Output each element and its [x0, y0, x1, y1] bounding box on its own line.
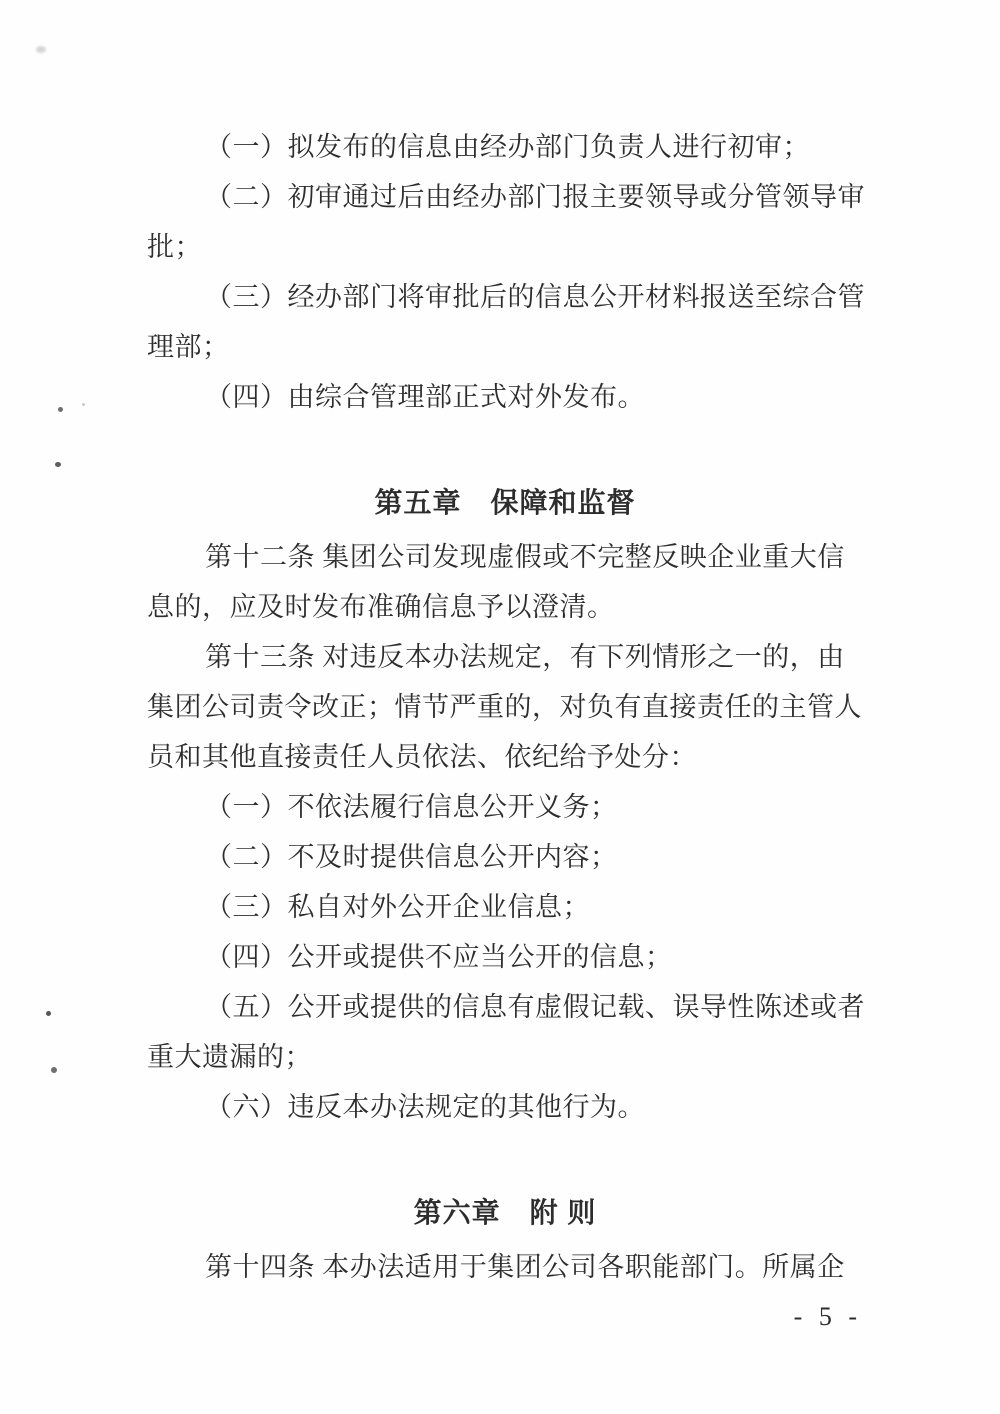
- document-line: 批；: [147, 222, 863, 272]
- scan-speck: [55, 462, 61, 467]
- scan-speck: [82, 403, 85, 406]
- document-line: 息的，应及时发布准确信息予以澄清。: [147, 582, 863, 632]
- scan-speck: [46, 1011, 51, 1016]
- document-line: 第十二条 集团公司发现虚假或不完整反映企业重大信: [147, 532, 863, 582]
- document-line: （一）拟发布的信息由经办部门负责人进行初审；: [147, 122, 863, 172]
- document-line: （三）私自对外公开企业信息；: [147, 882, 863, 932]
- document-line: （三）经办部门将审批后的信息公开材料报送至综合管: [147, 272, 863, 322]
- document-line: （四）由综合管理部正式对外发布。: [147, 372, 863, 422]
- document-line: 重大遗漏的；: [147, 1032, 863, 1082]
- document-line: 员和其他直接责任人员依法、依纪给予处分：: [147, 732, 863, 782]
- document-line: （五）公开或提供的信息有虚假记载、误导性陈述或者: [147, 982, 863, 1032]
- document-page: （一）拟发布的信息由经办部门负责人进行初审；（二）初审通过后由经办部门报主要领导…: [0, 0, 1000, 1414]
- document-line: 理部；: [147, 322, 863, 372]
- scan-speck: [51, 1067, 57, 1073]
- document-body: （一）拟发布的信息由经办部门负责人进行初审；（二）初审通过后由经办部门报主要领导…: [147, 122, 863, 1292]
- document-line: （四）公开或提供不应当公开的信息；: [147, 932, 863, 982]
- scan-speck: [36, 46, 46, 53]
- document-line: （二）不及时提供信息公开内容；: [147, 832, 863, 882]
- page-number: - 5 -: [794, 1292, 862, 1342]
- document-line: 第十四条 本办法适用于集团公司各职能部门。所属企: [147, 1242, 863, 1292]
- document-line: 第十三条 对违反本办法规定，有下列情形之一的，由: [147, 632, 863, 682]
- document-line: 集团公司责令改正；情节严重的，对负有直接责任的主管人: [147, 682, 863, 732]
- document-line: （六）违反本办法规定的其他行为。: [147, 1082, 863, 1132]
- scan-speck: [58, 407, 63, 412]
- document-line: （一）不依法履行信息公开义务；: [147, 782, 863, 832]
- document-line: （二）初审通过后由经办部门报主要领导或分管领导审: [147, 172, 863, 222]
- chapter-heading: 第五章 保障和监督: [147, 478, 863, 528]
- chapter-heading: 第六章 附 则: [147, 1188, 863, 1238]
